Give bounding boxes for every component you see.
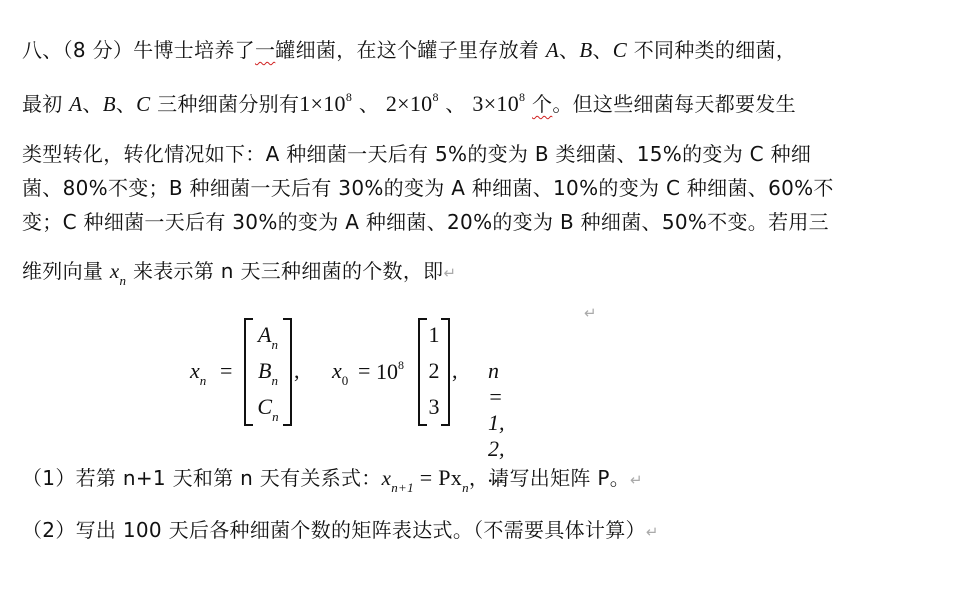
paragraph-mark-icon: ↵ [630, 471, 643, 489]
count-b: 2×108 [386, 91, 439, 116]
subscript: n [272, 409, 279, 424]
text: 来表示第 n 天三种细菌的个数，即 [126, 259, 443, 283]
exponent: 8 [519, 90, 525, 104]
subscript: n [271, 373, 278, 388]
text: 、 [82, 92, 102, 116]
comma: , [294, 358, 300, 384]
text: A [258, 322, 271, 347]
text: B [258, 358, 271, 383]
text: C [257, 394, 272, 419]
var-a: A [69, 92, 82, 116]
text: 2×10 [386, 91, 433, 116]
text: （2）写出 100 天后各种细菌个数的矩阵表达式。（不需要具体计算） [22, 518, 646, 542]
var-b: B [579, 38, 592, 62]
subscript: n [462, 480, 469, 495]
paragraph-mark-icon: ↵ [584, 304, 597, 322]
var-c: C [136, 92, 150, 116]
count-c: 3×108 [472, 91, 525, 116]
vector-entry-a: An [244, 322, 292, 353]
equals-sign: = [220, 358, 232, 384]
lhs-xn: xn [190, 358, 206, 389]
vector-entry-2: 2 [418, 358, 450, 384]
text: 。但这些细菌每天都要发生 [552, 92, 796, 116]
text: 、 [445, 92, 465, 116]
var-b: B [103, 92, 116, 116]
vector-abc: An Bn Cn [244, 318, 292, 424]
equals-sign: = [358, 358, 370, 384]
var-a: A [546, 38, 559, 62]
subscript: n [200, 373, 207, 388]
exponent: 8 [432, 90, 438, 104]
paragraph-mark-icon: ↵ [646, 523, 659, 541]
problem-line-1: 八、（8 分）牛博士培养了一罐细菌，在这个罐子里存放着 A、B、C 不同种类的细… [22, 34, 796, 63]
text: 三种细菌分别有 [150, 92, 299, 116]
text: 1×10 [299, 91, 346, 116]
var-x: x [382, 466, 392, 490]
var-c: C [613, 38, 627, 62]
spellcheck-squiggle: 一 [255, 38, 275, 62]
text: x [332, 358, 342, 383]
text: = Px [414, 465, 462, 490]
spellcheck-squiggle: 个 [532, 92, 552, 116]
coefficient: 108 [376, 358, 404, 385]
problem-line-5: 变；C 种细菌一天后有 30%的变为 A 种细菌、20%的变为 B 种细菌、50… [22, 206, 829, 235]
question-2: （2）写出 100 天后各种细菌个数的矩阵表达式。（不需要具体计算）↵ [22, 514, 659, 543]
count-a: 1×108 [299, 91, 352, 116]
question-1: （1）若第 n+1 天和第 n 天有关系式：xn+1 = Pxn，请写出矩阵 P… [22, 462, 643, 496]
problem-line-6: 维列向量 xn 来表示第 n 天三种细菌的个数，即↵ [22, 255, 456, 289]
text: 、 [116, 92, 136, 116]
text: 罐细菌，在这个罐子里存放着 [275, 38, 546, 62]
lhs-x0: x0 [332, 358, 348, 389]
text: 最初 [22, 92, 69, 116]
text: 、 [359, 92, 379, 116]
vector-123: 1 2 3 [418, 318, 450, 424]
subscript: 0 [342, 373, 349, 388]
text: 、 [559, 38, 579, 62]
text: 不同种类的细菌， [627, 38, 796, 62]
exponent: 8 [346, 90, 352, 104]
text: 维列向量 [22, 259, 110, 283]
comma: , [452, 358, 458, 384]
exponent: 8 [398, 358, 404, 372]
paragraph-mark-icon: ↵ [443, 264, 456, 282]
text: 八、（8 分）牛博士培养了 [22, 38, 255, 62]
text: x [190, 358, 200, 383]
text: 、 [592, 38, 612, 62]
vector-entry-b: Bn [244, 358, 292, 389]
problem-line-2: 最初 A、B、C 三种细菌分别有1×108 、 2×108 、 3×108 个。… [22, 88, 796, 117]
subscript: n+1 [391, 480, 414, 495]
problem-line-3: 类型转化，转化情况如下：A 种细菌一天后有 5%的变为 B 类细菌、15%的变为… [22, 138, 811, 167]
text: 3×10 [472, 91, 519, 116]
text: 10 [376, 359, 398, 384]
subscript: n [271, 337, 278, 352]
vector-entry-3: 3 [418, 394, 450, 420]
vector-entry-c: Cn [244, 394, 292, 425]
text: ，请写出矩阵 P。 [469, 466, 630, 490]
text: （1）若第 n+1 天和第 n 天有关系式： [22, 466, 382, 490]
problem-line-4: 菌、80%不变；B 种细菌一天后有 30%的变为 A 种细菌、10%的变为 C … [22, 172, 834, 201]
vector-entry-1: 1 [418, 322, 450, 348]
